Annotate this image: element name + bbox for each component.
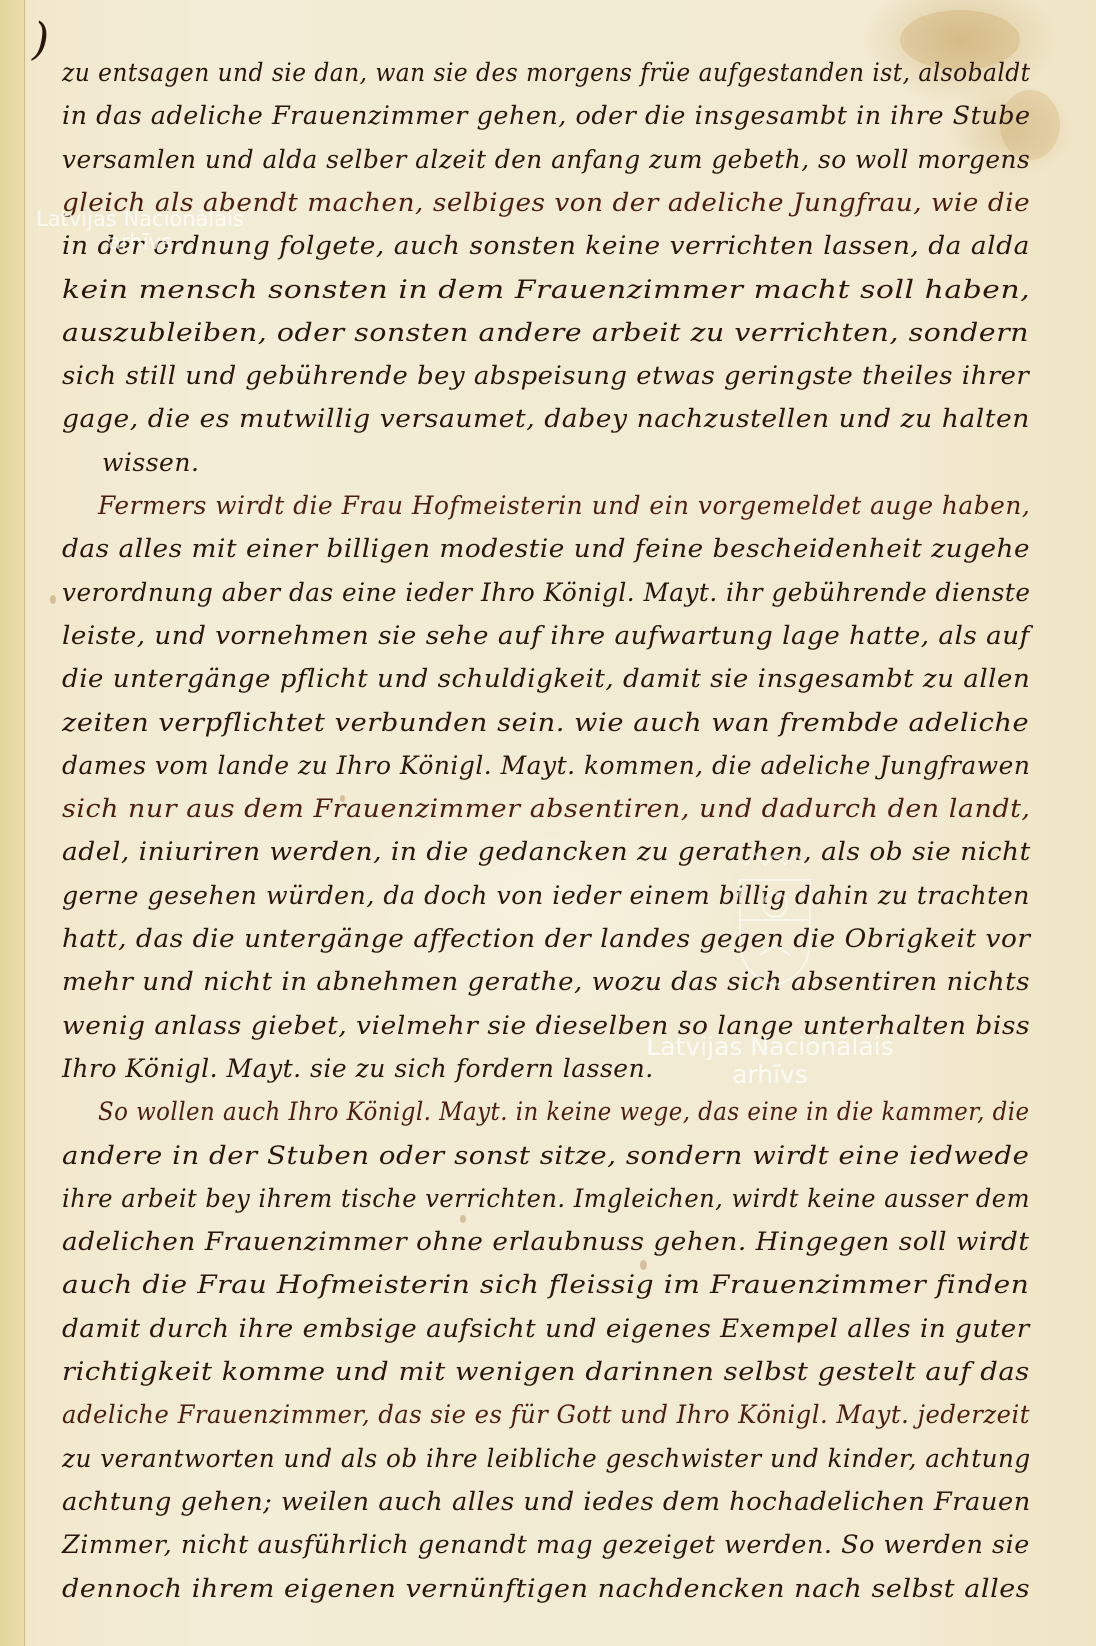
manuscript-line: das alles mit einer billigen modestie un…	[62, 534, 1030, 563]
archive-watermark: Latvijas Nacionālais arhīvs	[640, 1033, 900, 1088]
manuscript-line: adel, iniuriren werden, in die gedancken…	[62, 837, 1031, 866]
ink-stain	[460, 1215, 466, 1223]
manuscript-page: ) zu entsagen und sie dan, wan sie des m…	[0, 0, 1096, 1646]
watermark-line: arhīvs	[640, 1061, 900, 1089]
manuscript-line: adelichen Frauenzimmer ohne erlaubnuss g…	[62, 1227, 1029, 1256]
manuscript-line: Ihro Königl. Mayt. sie zu sich fordern l…	[62, 1054, 654, 1083]
manuscript-line: versamlen und alda selber alzeit den anf…	[62, 145, 1030, 174]
manuscript-line: Zimmer, nicht ausführlich genandt mag ge…	[62, 1530, 1030, 1559]
manuscript-line: leiste, und vornehmen sie sehe auf ihre …	[62, 621, 1030, 650]
manuscript-line: dames vom lande zu Ihro Königl. Mayt. ko…	[62, 751, 1030, 780]
manuscript-line: andere in der Stuben oder sonst sitze, s…	[62, 1141, 1029, 1170]
manuscript-line: verordnung aber das eine ieder Ihro Köni…	[62, 578, 1030, 607]
ink-stain	[640, 1260, 647, 1270]
manuscript-line: So wollen auch Ihro Königl. Mayt. in kei…	[98, 1097, 1030, 1126]
watermark-line: Latvijas Nacionālais	[640, 1033, 900, 1061]
manuscript-line: adeliche Frauenzimmer, das sie es für Go…	[62, 1400, 1030, 1429]
manuscript-line: zeiten verpflichtet verbunden sein. wie …	[62, 708, 1029, 737]
opening-flourish: )	[32, 14, 49, 65]
manuscript-line: auszubleiben, oder sonsten andere arbeit…	[62, 318, 1029, 347]
manuscript-line: gage, die es mutwillig versaumet, dabey …	[62, 404, 1030, 433]
coat-of-arms-watermark-icon	[725, 845, 825, 995]
manuscript-line: Fermers wirdt die Frau Hofmeisterin und …	[98, 491, 1030, 520]
manuscript-line: mehr und nicht in abnehmen gerathe, wozu…	[62, 967, 1030, 996]
watermark-line: Latvijas Nacionālais	[30, 208, 250, 231]
manuscript-line: auch die Frau Hofmeisterin sich fleissig…	[62, 1270, 1029, 1299]
watermark-line: arhīvs	[30, 231, 250, 254]
manuscript-line: zu entsagen und sie dan, wan sie des mor…	[62, 58, 1031, 87]
manuscript-line: ihre arbeit bey ihrem tische verrichten.…	[62, 1184, 1030, 1213]
manuscript-line: sich still und gebührende bey abspeisung…	[62, 361, 1029, 390]
manuscript-line: richtigkeit komme und mit wenigen darinn…	[62, 1357, 1030, 1386]
manuscript-line: hatt, das die untergänge affection der l…	[62, 924, 1031, 953]
manuscript-line: gerne gesehen würden, da doch von ieder …	[62, 881, 1030, 910]
manuscript-line: dennoch ihrem eigenen vernünftigen nachd…	[62, 1574, 1030, 1603]
manuscript-line: kein mensch sonsten in dem Frauenzimmer …	[62, 275, 1030, 304]
manuscript-line: wissen.	[102, 448, 199, 477]
manuscript-line: achtung gehen; weilen auch alles und ied…	[62, 1487, 1031, 1516]
manuscript-line: sich nur aus dem Frauenzimmer absentiren…	[62, 794, 1031, 823]
manuscript-line: damit durch ihre embsige aufsicht und ei…	[62, 1314, 1030, 1343]
binding-edge	[0, 0, 25, 1646]
ink-stain	[50, 595, 56, 604]
manuscript-line: in das adeliche Frauenzimmer gehen, oder…	[62, 101, 1031, 130]
archive-watermark: Latvijas Nacionālais arhīvs	[30, 208, 250, 254]
manuscript-line: die untergänge pflicht und schuldigkeit,…	[62, 664, 1030, 693]
manuscript-line: zu verantworten und als ob ihre leiblich…	[62, 1444, 1031, 1473]
